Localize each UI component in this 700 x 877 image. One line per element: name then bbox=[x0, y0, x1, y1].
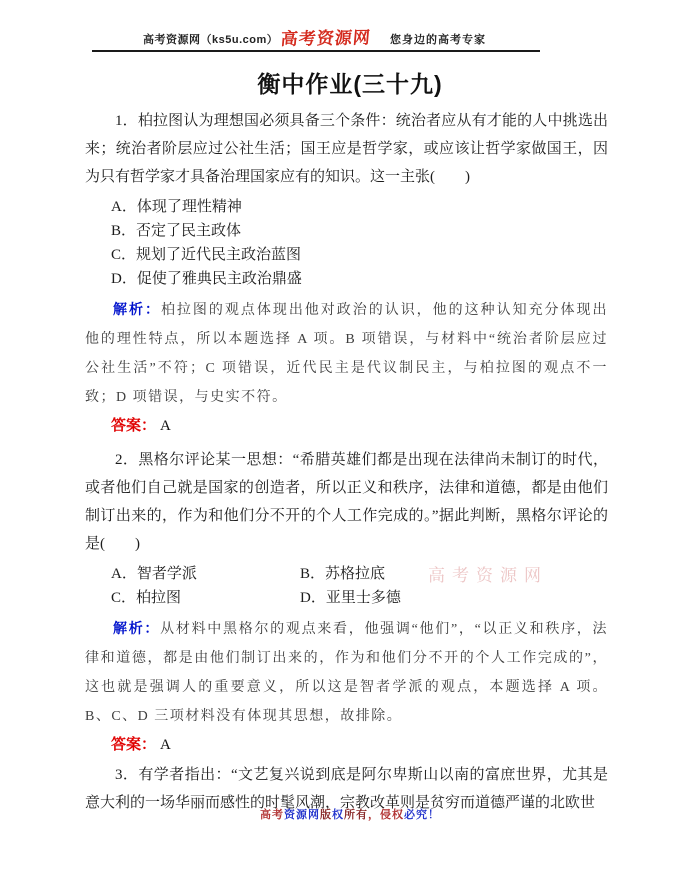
question-1-option-a: A．体现了理性精神 bbox=[85, 195, 608, 219]
answer-label: 答案： bbox=[111, 737, 156, 753]
analysis-label: 解析： bbox=[113, 622, 160, 637]
question-2-analysis-text: 从材料中黑格尔的观点来看，他强调“他们”，“以正义和秩序，法律和道德，都是由他们… bbox=[85, 622, 608, 724]
document-page: 高考资源网（ks5u.com） 高考资源网 您身边的高考专家 衡中作业(三十九)… bbox=[0, 0, 700, 877]
question-2-options: A．智者学派 B．苏格拉底 C．柏拉图 D．亚里士多德 bbox=[85, 562, 608, 610]
header-site-label: 高考资源网（ks5u.com） bbox=[143, 31, 278, 47]
header-divider bbox=[92, 50, 540, 52]
question-1-answer-letter: A bbox=[156, 418, 171, 434]
question-2-options-row-1: A．智者学派 B．苏格拉底 bbox=[85, 562, 608, 586]
ks5u-logo: 高考资源网 bbox=[280, 23, 372, 50]
question-2-option-b: B．苏格拉底 bbox=[300, 562, 608, 586]
question-1: 1．柏拉图认为理想国必须具备三个条件：统治者应从有才能的人中挑选出来；统治者阶层… bbox=[85, 107, 608, 438]
question-1-stem: 1．柏拉图认为理想国必须具备三个条件：统治者应从有才能的人中挑选出来；统治者阶层… bbox=[85, 107, 608, 191]
question-1-option-d: D．促使了雅典民主政治鼎盛 bbox=[85, 267, 608, 291]
question-2-option-c: C．柏拉图 bbox=[111, 586, 300, 610]
footer-copyright: 高考资源网版权所有，侵权必究！ bbox=[0, 806, 700, 822]
question-2-option-d: D．亚里士多德 bbox=[300, 586, 608, 610]
question-2: 2．黑格尔评论某一思想：“希腊英雄们都是出现在法律尚未制订的时代，或者他们自己就… bbox=[85, 446, 608, 757]
question-2-analysis: 解析：从材料中黑格尔的观点来看，他强调“他们”，“以正义和秩序，法律和道德，都是… bbox=[85, 615, 608, 731]
header-slogan: 您身边的高考专家 bbox=[390, 31, 486, 47]
question-1-answer: 答案：A bbox=[85, 414, 608, 438]
question-1-option-b: B．否定了民主政体 bbox=[85, 219, 608, 243]
question-2-answer: 答案：A bbox=[85, 733, 608, 757]
question-1-options: A．体现了理性精神 B．否定了民主政体 C．规划了近代民主政治蓝图 D．促使了雅… bbox=[85, 195, 608, 291]
question-1-option-c: C．规划了近代民主政治蓝图 bbox=[85, 243, 608, 267]
analysis-label: 解析： bbox=[113, 303, 161, 318]
document-content: 1．柏拉图认为理想国必须具备三个条件：统治者应从有才能的人中挑选出来；统治者阶层… bbox=[0, 107, 700, 817]
question-2-option-a: A．智者学派 bbox=[111, 562, 300, 586]
question-2-options-row-2: C．柏拉图 D．亚里士多德 bbox=[85, 586, 608, 610]
page-title: 衡中作业(三十九) bbox=[0, 66, 700, 99]
answer-label: 答案： bbox=[111, 418, 156, 434]
page-header: 高考资源网（ks5u.com） 高考资源网 您身边的高考专家 bbox=[0, 0, 700, 52]
question-2-answer-letter: A bbox=[156, 737, 171, 753]
question-1-analysis-text: 柏拉图的观点体现出他对政治的认识，他的这种认知充分体现出他的理性特点，所以本题选… bbox=[85, 303, 608, 405]
question-1-analysis: 解析：柏拉图的观点体现出他对政治的认识，他的这种认知充分体现出他的理性特点，所以… bbox=[85, 296, 608, 412]
question-2-stem: 2．黑格尔评论某一思想：“希腊英雄们都是出现在法律尚未制订的时代，或者他们自己就… bbox=[85, 446, 608, 558]
